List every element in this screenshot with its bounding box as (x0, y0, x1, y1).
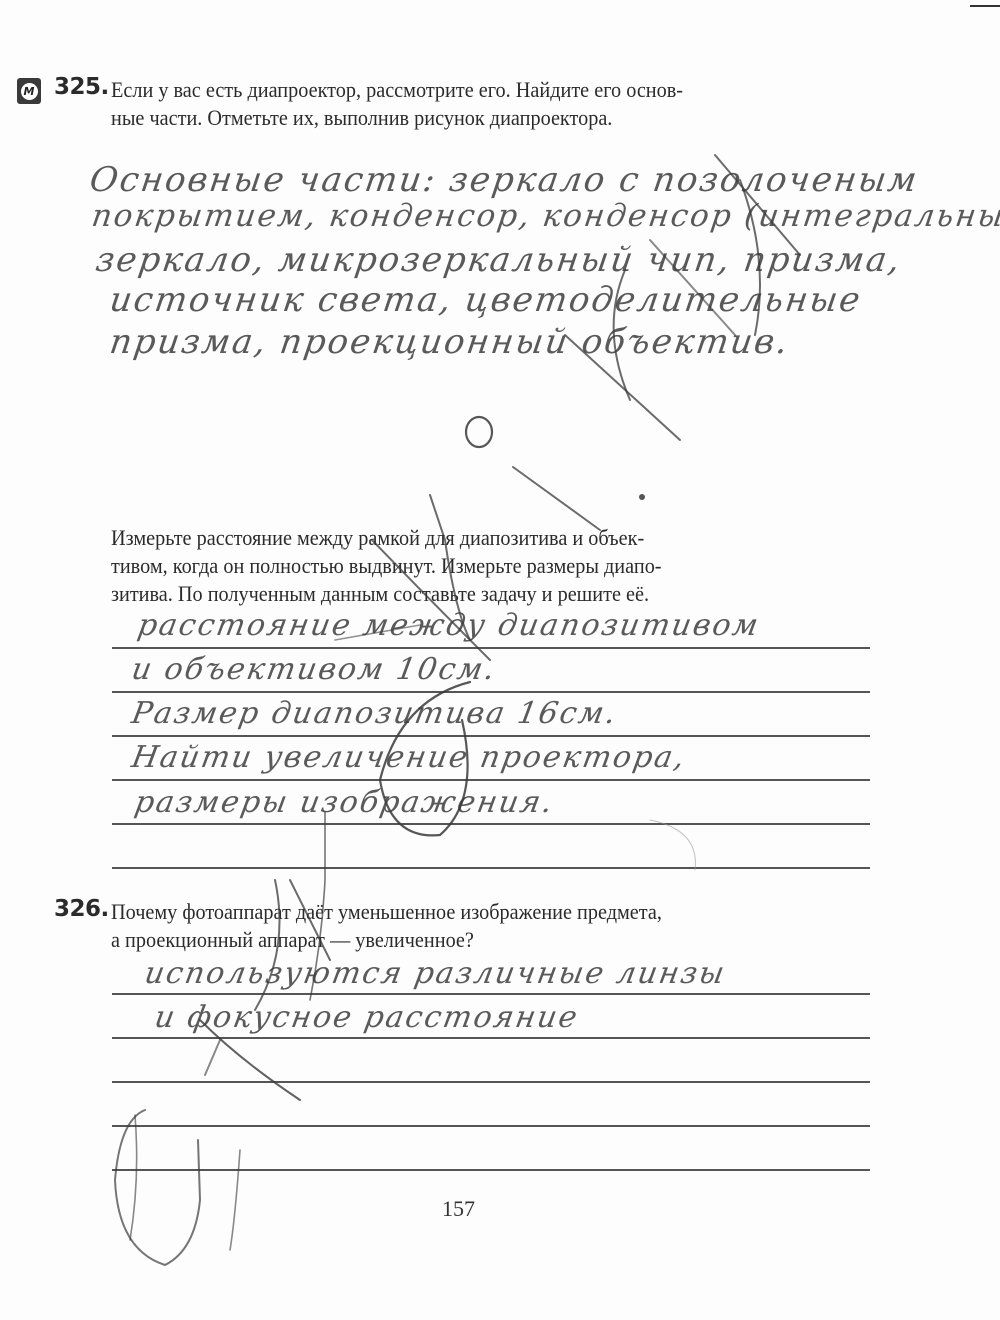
task-325-answer2-line-1: расстояние между диапозитивом (135, 608, 763, 643)
task-326-prompt-line-2: а проекционный аппарат — увеличенное? (111, 925, 474, 954)
ruled-line (112, 647, 870, 649)
badge-letter: M (21, 83, 38, 100)
task-325-prompt-line-2: ные части. Отметьте их, выполнив рисунок… (111, 103, 612, 132)
page-number: 157 (442, 1196, 475, 1222)
ruled-line (112, 993, 870, 995)
task-325-answer-line-3: зеркало, микрозеркальный чип, призма, (93, 240, 904, 280)
task-325-answer2-line-4: Найти увеличение проектора, (129, 740, 689, 775)
ruled-line (112, 691, 870, 693)
task-325-answer2-line-2: и объективом 10см. (129, 652, 499, 687)
task-325-answer-line-2: покрытием, конденсор, конденсор (интегра… (89, 198, 1000, 234)
ruled-line (112, 1125, 870, 1127)
task-325-answer2-line-5: размеры изображения. (132, 785, 557, 820)
task-325-prompt2-line-3: зитива. По полученным данным составьте з… (111, 579, 649, 608)
task-325-answer-line-1: Основные части: зеркало с позолоченым (87, 160, 921, 200)
task-325-prompt-line-1: Если у вас есть диапроектор, рассмотрите… (111, 75, 683, 104)
ruled-line (112, 867, 870, 869)
top-rule (970, 5, 1000, 7)
ruled-line (112, 1169, 870, 1171)
task-325-answer-line-4: источник света, цветоделительные (107, 280, 864, 320)
task-326-number: 326. (54, 896, 109, 922)
ruled-line (112, 1081, 870, 1083)
ruled-line (112, 735, 870, 737)
task-325-prompt2-line-1: Измерьте расстояние между рамкой для диа… (111, 523, 644, 552)
ruled-line (112, 823, 870, 825)
ruled-line (112, 779, 870, 781)
task-325-answer2-line-3: Размер диапозитива 16см. (129, 696, 620, 731)
task-325-answer-line-5: призма, проекционный объектив. (107, 322, 792, 362)
task-326-answer-line-2: и фокусное расстояние (152, 1000, 582, 1035)
task-325-number: 325. (54, 74, 109, 100)
task-326-answer-line-1: используются различные линзы (142, 956, 729, 991)
ruled-line (112, 1037, 870, 1039)
methodology-badge-icon: M (17, 78, 41, 104)
task-326-prompt-line-1: Почему фотоаппарат даёт уменьшенное изоб… (111, 897, 662, 926)
task-325-prompt2-line-2: тивом, когда он полностью выдвинут. Изме… (111, 551, 662, 580)
